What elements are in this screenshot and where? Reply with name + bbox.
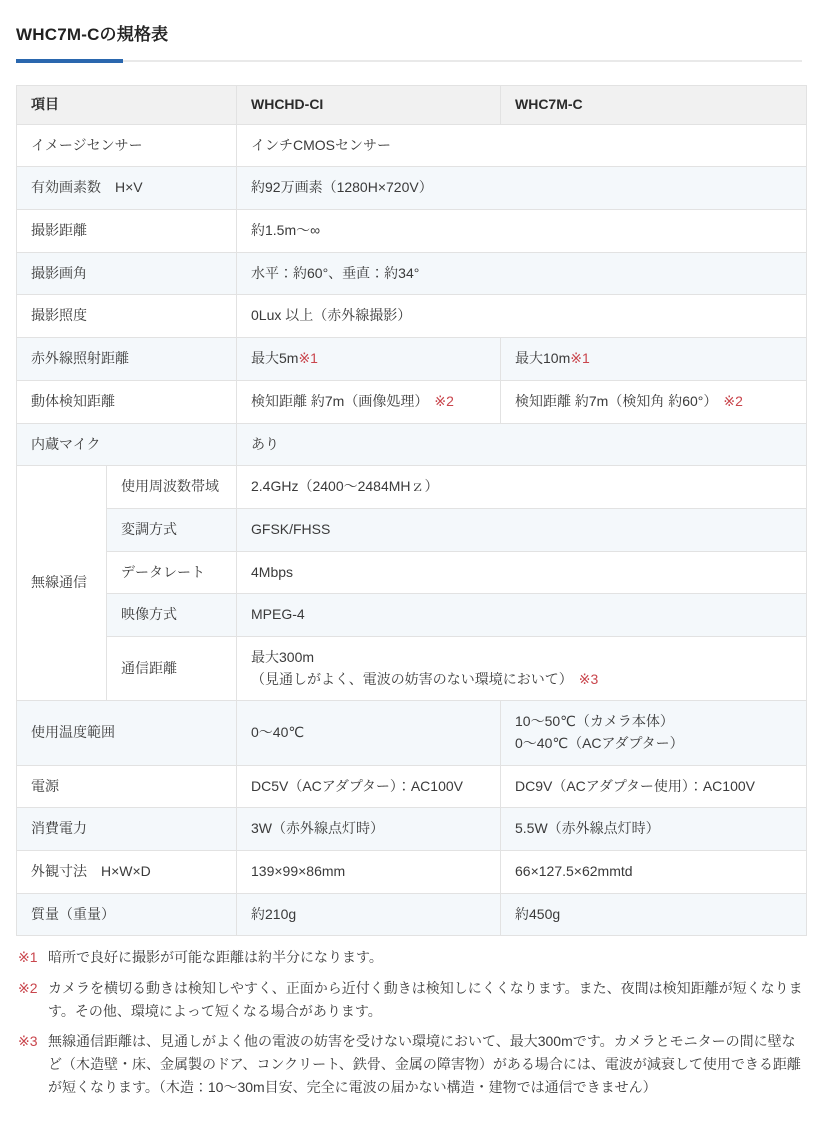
- cell-text: 約210g: [251, 904, 486, 926]
- cell-text: 検知距離 約7m（画像処理）※2: [251, 391, 486, 413]
- spec-table-body: イメージセンサーインチCMOSセンサー有効画素数 H×V約92万画素（1280H…: [17, 124, 807, 936]
- spec-label-cell: 使用温度範囲: [17, 701, 237, 765]
- table-row: 動体検知距離検知距離 約7m（画像処理）※2検知距離 約7m（検知角 約60°）…: [17, 380, 807, 423]
- header-row: 項目 WHCHD-CI WHC7M-C: [17, 86, 807, 125]
- table-row: 無線通信使用周波数帯域2.4GHz（2400～2484MHｚ）: [17, 466, 807, 509]
- spec-label-cell: 撮影距離: [17, 210, 237, 253]
- cell-text: DC9V（ACアダプター使用）：AC100V: [515, 776, 792, 798]
- spec-label-cell: 内蔵マイク: [17, 423, 237, 466]
- footnotes: ※1暗所で良好に撮影が可能な距離は約半分になります。※2カメラを横切る動きは検知…: [16, 946, 806, 1098]
- footnote-text: カメラを横切る動きは検知しやすく、正面から近付く動きは検知しにくくなります。また…: [48, 977, 806, 1022]
- spec-value-cell: 最大10m※1: [501, 338, 807, 381]
- spec-value-cell: 66×127.5×62mmtd: [501, 851, 807, 894]
- footnote-ref: ※3: [579, 671, 599, 687]
- spec-value-cell: 最大5m※1: [237, 338, 501, 381]
- footnote-ref: ※2: [723, 393, 743, 409]
- footnote-item: ※1暗所で良好に撮影が可能な距離は約半分になります。: [18, 946, 806, 969]
- spec-value-cell: 約450g: [501, 893, 807, 936]
- spec-value-cell: 0～40℃: [237, 701, 501, 765]
- table-row: 映像方式MPEG-4: [17, 594, 807, 637]
- spec-value-cell: 4Mbps: [237, 551, 807, 594]
- spec-value-cell: MPEG-4: [237, 594, 807, 637]
- table-row: 撮影距離約1.5m～∞: [17, 210, 807, 253]
- cell-text: 最大10m※1: [515, 348, 792, 370]
- footnote-marker: ※2: [18, 977, 48, 1022]
- title-accent-rule: [16, 59, 806, 63]
- footnote-ref: ※1: [570, 350, 590, 366]
- spec-value-cell: 5.5W（赤外線点灯時）: [501, 808, 807, 851]
- spec-sublabel-cell: 通信距離: [107, 636, 237, 700]
- table-row: 撮影照度0Lux 以上（赤外線撮影）: [17, 295, 807, 338]
- table-row: 赤外線照射距離最大5m※1最大10m※1: [17, 338, 807, 381]
- cell-text: あり: [251, 434, 792, 456]
- spec-label-cell: 撮影照度: [17, 295, 237, 338]
- footnote-item: ※2カメラを横切る動きは検知しやすく、正面から近付く動きは検知しにくくなります。…: [18, 977, 806, 1022]
- title-rule-gray: [16, 60, 802, 62]
- spec-table-header: 項目 WHCHD-CI WHC7M-C: [17, 86, 807, 125]
- spec-value-cell: 最大300m（見通しがよく、電波の妨害のない環境において）※3: [237, 636, 807, 700]
- spec-label-cell: 動体検知距離: [17, 380, 237, 423]
- page-title: WHC7M-Cの規格表: [16, 20, 806, 45]
- footnote-text: 無線通信距離は、見通しがよく他の電波の妨害を受けない環境において、最大300mで…: [48, 1030, 806, 1098]
- page: WHC7M-Cの規格表 項目 WHCHD-CI WHC7M-C イメージセンサー…: [0, 0, 820, 1132]
- spec-value-cell: 139×99×86mm: [237, 851, 501, 894]
- spec-label-cell: 撮影画角: [17, 252, 237, 295]
- header-model-whchd-ci: WHCHD-CI: [237, 86, 501, 125]
- cell-text: 2.4GHz（2400～2484MHｚ）: [251, 476, 792, 498]
- spec-label-cell: イメージセンサー: [17, 124, 237, 167]
- cell-text: 約92万画素（1280H×720V）: [251, 177, 792, 199]
- footnote-ref: ※1: [298, 350, 318, 366]
- cell-text: 約1.5m～∞: [251, 220, 792, 242]
- cell-text: 約450g: [515, 904, 792, 926]
- spec-label-cell: 有効画素数 H×V: [17, 167, 237, 210]
- spec-value-cell: 3W（赤外線点灯時）: [237, 808, 501, 851]
- spec-value-cell: DC5V（ACアダプター）：AC100V: [237, 765, 501, 808]
- spec-label-cell: 赤外線照射距離: [17, 338, 237, 381]
- spec-sublabel-cell: データレート: [107, 551, 237, 594]
- spec-value-cell: 約1.5m～∞: [237, 210, 807, 253]
- table-row: データレート4Mbps: [17, 551, 807, 594]
- spec-value-cell: 10～50℃（カメラ本体）0～40℃（ACアダプター）: [501, 701, 807, 765]
- spec-label-cell: 質量（重量）: [17, 893, 237, 936]
- cell-text: GFSK/FHSS: [251, 519, 792, 541]
- spec-value-cell: 約210g: [237, 893, 501, 936]
- cell-text: 検知距離 約7m（検知角 約60°）※2: [515, 391, 792, 413]
- spec-value-cell: DC9V（ACアダプター使用）：AC100V: [501, 765, 807, 808]
- header-model-whc7m-c: WHC7M-C: [501, 86, 807, 125]
- cell-text: 66×127.5×62mmtd: [515, 861, 792, 883]
- spec-value-cell: あり: [237, 423, 807, 466]
- table-row: 変調方式GFSK/FHSS: [17, 508, 807, 551]
- spec-table: 項目 WHCHD-CI WHC7M-C イメージセンサーインチCMOSセンサー有…: [16, 85, 807, 936]
- table-row: 通信距離最大300m（見通しがよく、電波の妨害のない環境において）※3: [17, 636, 807, 700]
- cell-text: 最大300m: [251, 647, 792, 669]
- cell-text: 最大5m※1: [251, 348, 486, 370]
- table-row: 消費電力3W（赤外線点灯時）5.5W（赤外線点灯時）: [17, 808, 807, 851]
- spec-value-cell: 検知距離 約7m（検知角 約60°）※2: [501, 380, 807, 423]
- spec-group-cell: 無線通信: [17, 466, 107, 701]
- cell-text: 0～40℃（ACアダプター）: [515, 733, 792, 755]
- table-row: 使用温度範囲0～40℃10～50℃（カメラ本体）0～40℃（ACアダプター）: [17, 701, 807, 765]
- cell-text: 0～40℃: [251, 722, 486, 744]
- spec-value-cell: 約92万画素（1280H×720V）: [237, 167, 807, 210]
- cell-text: 4Mbps: [251, 562, 792, 584]
- cell-text: DC5V（ACアダプター）：AC100V: [251, 776, 486, 798]
- footnote-item: ※3無線通信距離は、見通しがよく他の電波の妨害を受けない環境において、最大300…: [18, 1030, 806, 1098]
- cell-text: 水平：約60°、垂直：約34°: [251, 263, 792, 285]
- spec-value-cell: 水平：約60°、垂直：約34°: [237, 252, 807, 295]
- footnote-ref: ※2: [434, 393, 454, 409]
- table-row: イメージセンサーインチCMOSセンサー: [17, 124, 807, 167]
- spec-label-cell: 外観寸法 H×W×D: [17, 851, 237, 894]
- spec-sublabel-cell: 変調方式: [107, 508, 237, 551]
- spec-value-cell: インチCMOSセンサー: [237, 124, 807, 167]
- footnote-text: 暗所で良好に撮影が可能な距離は約半分になります。: [48, 946, 806, 969]
- table-row: 内蔵マイクあり: [17, 423, 807, 466]
- spec-label-cell: 電源: [17, 765, 237, 808]
- spec-value-cell: 2.4GHz（2400～2484MHｚ）: [237, 466, 807, 509]
- footnote-marker: ※1: [18, 946, 48, 969]
- table-row: 質量（重量）約210g約450g: [17, 893, 807, 936]
- table-row: 電源DC5V（ACアダプター）：AC100VDC9V（ACアダプター使用）：AC…: [17, 765, 807, 808]
- cell-text: 139×99×86mm: [251, 861, 486, 883]
- cell-text: インチCMOSセンサー: [251, 135, 792, 157]
- spec-sublabel-cell: 映像方式: [107, 594, 237, 637]
- spec-value-cell: 0Lux 以上（赤外線撮影）: [237, 295, 807, 338]
- spec-value-cell: 検知距離 約7m（画像処理）※2: [237, 380, 501, 423]
- spec-value-cell: GFSK/FHSS: [237, 508, 807, 551]
- cell-text: （見通しがよく、電波の妨害のない環境において）※3: [251, 669, 792, 691]
- cell-text: 10～50℃（カメラ本体）: [515, 711, 792, 733]
- cell-text: 0Lux 以上（赤外線撮影）: [251, 305, 792, 327]
- footnote-marker: ※3: [18, 1030, 48, 1098]
- cell-text: 3W（赤外線点灯時）: [251, 818, 486, 840]
- table-row: 外観寸法 H×W×D139×99×86mm66×127.5×62mmtd: [17, 851, 807, 894]
- cell-text: MPEG-4: [251, 604, 792, 626]
- spec-label-cell: 消費電力: [17, 808, 237, 851]
- spec-sublabel-cell: 使用周波数帯域: [107, 466, 237, 509]
- table-row: 有効画素数 H×V約92万画素（1280H×720V）: [17, 167, 807, 210]
- header-item-column: 項目: [17, 86, 237, 125]
- table-row: 撮影画角水平：約60°、垂直：約34°: [17, 252, 807, 295]
- cell-text: 5.5W（赤外線点灯時）: [515, 818, 792, 840]
- title-rule-blue: [16, 59, 123, 63]
